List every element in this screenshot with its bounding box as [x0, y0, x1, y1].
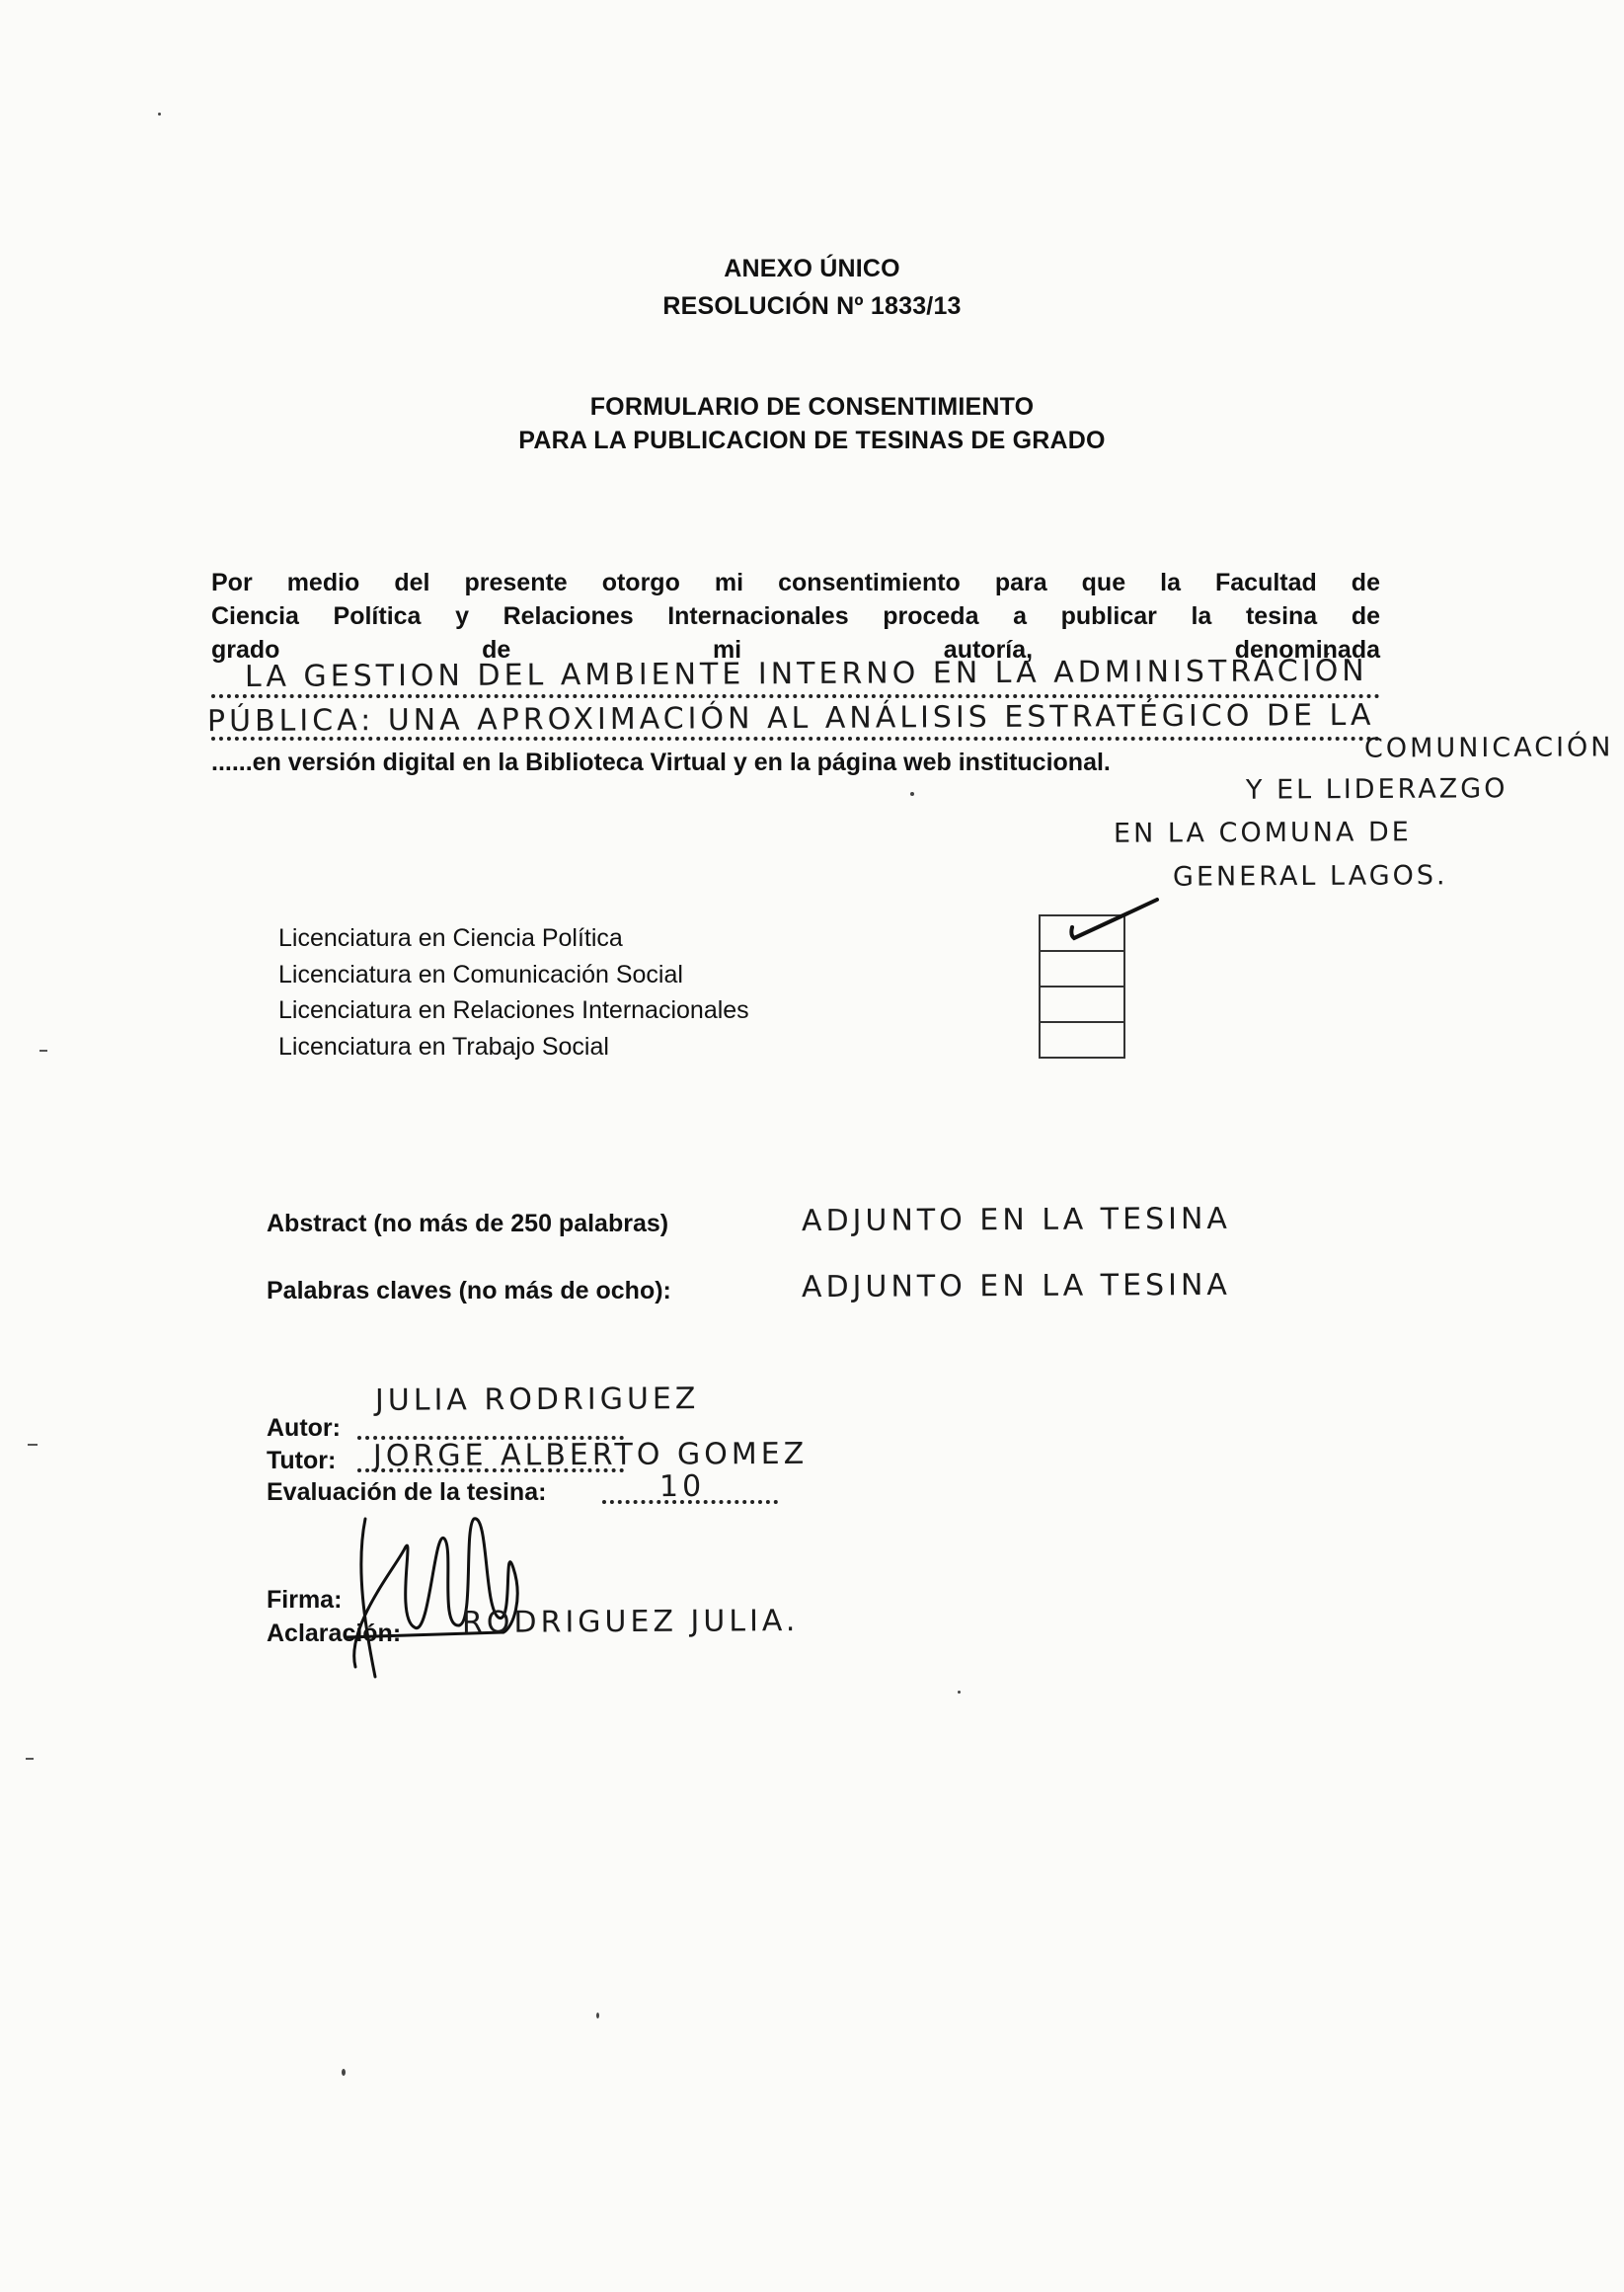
scan-speck [958, 1691, 961, 1694]
checkbox-comunicacion-social[interactable] [1041, 952, 1123, 988]
form-title-line1: FORMULARIO DE CONSENTIMIENTO [0, 393, 1624, 422]
handwritten-title-line3: COMUNICACIÓN [1364, 732, 1614, 763]
abstract-value: ADJUNTO EN LA TESINA [802, 1202, 1231, 1238]
handwritten-title-line2: PÚBLICA: UNA APROXIMACIÓN AL ANÁLISIS ES… [207, 698, 1375, 739]
checkbox-relaciones-internacionales[interactable] [1041, 988, 1123, 1023]
margin-mark [26, 1758, 34, 1760]
handwritten-title-line6: GENERAL LAGOS. [1173, 860, 1448, 892]
form-title-line2: PARA LA PUBLICACION DE TESINAS DE GRADO [0, 427, 1624, 455]
scan-speck [158, 113, 161, 116]
consent-line-end: ......en versión digital en la Bibliotec… [211, 749, 1111, 777]
keywords-label: Palabras claves (no más de ocho): [267, 1277, 671, 1305]
checkmark-icon [1066, 894, 1165, 953]
clarification-value: RODRIGUEZ JULIA. [462, 1604, 800, 1640]
signature-label: Firma: [267, 1586, 342, 1615]
tutor-label: Tutor: [267, 1447, 336, 1475]
margin-mark [28, 1444, 38, 1446]
evaluation-value: 10 [659, 1469, 705, 1504]
author-label: Autor: [267, 1414, 341, 1443]
scan-speck [342, 2069, 346, 2076]
handwritten-title-line5: EN LA COMUNA DE [1114, 817, 1412, 849]
dotted-fill-line-2 [211, 737, 1380, 741]
degree-trabajo-social: Licenciatura en Trabajo Social [278, 1029, 749, 1066]
scan-speck [910, 792, 914, 796]
dotted-fill-line-1 [211, 694, 1380, 698]
scan-speck [596, 2013, 599, 2018]
author-value: JULIA RODRIGUEZ [375, 1382, 700, 1418]
checkbox-trabajo-social[interactable] [1041, 1023, 1123, 1057]
degree-relaciones-internacionales: Licenciatura en Relaciones Internacional… [278, 992, 749, 1029]
keywords-value: ADJUNTO EN LA TESINA [802, 1268, 1231, 1304]
degree-comunicacion-social: Licenciatura en Comunicación Social [278, 957, 749, 993]
clarification-label: Aclaración: [267, 1620, 401, 1648]
abstract-label: Abstract (no más de 250 palabras) [267, 1210, 668, 1238]
signature-scribble-icon [336, 1509, 533, 1687]
consent-line-2-text: Ciencia Política y Relaciones Internacio… [211, 602, 1380, 636]
margin-mark [39, 1050, 47, 1052]
degree-list: Licenciatura en Ciencia Política Licenci… [278, 920, 749, 1065]
annex-title: ANEXO ÚNICO [0, 255, 1624, 283]
handwritten-title-line1: LA GESTION DEL AMBIENTE INTERNO EN LA AD… [245, 654, 1368, 694]
handwritten-title-line4: Y EL LIDERAZGO [1246, 773, 1508, 805]
degree-ciencia-politica: Licenciatura en Ciencia Política [278, 920, 749, 957]
consent-line-1-text: Por medio del presente otorgo mi consent… [211, 569, 1380, 602]
resolution-number: RESOLUCIÓN Nº 1833/13 [0, 292, 1624, 321]
tutor-value: JORGE ALBERTO GOMEZ [373, 1437, 808, 1473]
consent-line-2: Ciencia Política y Relaciones Internacio… [211, 602, 1380, 636]
consent-line-1: Por medio del presente otorgo mi consent… [211, 569, 1380, 602]
consent-paragraph: Por medio del presente otorgo mi consent… [211, 569, 1380, 666]
evaluation-label: Evaluación de la tesina: [267, 1478, 546, 1507]
